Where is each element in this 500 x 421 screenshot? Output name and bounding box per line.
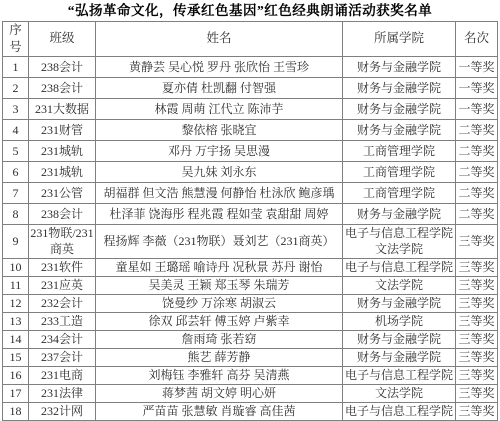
cell-rank: 三等奖 [456,330,498,348]
cell-college: 财务与金融学院 [343,348,456,366]
cell-names: 熊艺 薛芳静 [96,348,343,366]
cell-college: 文法学院 [343,384,456,402]
cell-no: 18 [3,402,29,420]
cell-names: 童星如 王璐瑶 喻诗丹 况秋景 苏丹 谢怡 [96,258,343,276]
table-row: 11231应英吴美灵 王颖 郑玉琴 朱瑞芳文法学院三等奖 [3,276,498,294]
cell-no: 5 [3,140,29,161]
cell-class: 231电商 [29,366,96,384]
cell-names: 黄静芸 吴心悦 罗丹 张欣怡 王雪珍 [96,56,343,77]
cell-college: 工商管理学院 [343,161,456,182]
cell-class: 238会计 [29,203,96,224]
cell-class: 231物联/231 商英 [29,224,96,258]
cell-names: 杜泽菲 饶海彤 程兆霞 程如莹 袁甜甜 周婷 [96,203,343,224]
header-cell-rank: 名次 [456,22,498,57]
cell-rank: 一等奖 [456,56,498,77]
cell-names: 刘梅钰 李雅轩 高芬 吴清燕 [96,366,343,384]
table-row: 18232计网严苗苗 张慧敏 肖璇睿 高佳茜电子与信息工程学院三等奖 [3,402,498,420]
header-row: 序号 班级 姓名 所属学院 名次 [3,22,498,57]
cell-class: 238会计 [29,77,96,98]
cell-rank: 三等奖 [456,312,498,330]
cell-college: 财务与金融学院 [343,56,456,77]
cell-rank: 二等奖 [456,140,498,161]
table-header: 序号 班级 姓名 所属学院 名次 [3,22,498,57]
cell-names: 詹雨琦 张若窈 [96,330,343,348]
cell-names: 林霞 周萌 江代立 陈沛芋 [96,98,343,119]
cell-college: 财务与金融学院 [343,294,456,312]
cell-college: 财务与金融学院 [343,203,456,224]
cell-college: 财务与金融学院 [343,77,456,98]
cell-class: 231城轨 [29,140,96,161]
cell-names: 吴九妹 刘永东 [96,161,343,182]
cell-rank: 三等奖 [456,276,498,294]
cell-rank: 三等奖 [456,294,498,312]
table-row: 12232会计饶曼纱 万涂寒 胡淑云财务与金融学院三等奖 [3,294,498,312]
table-body: 1238会计黄静芸 吴心悦 罗丹 张欣怡 王雪珍财务与金融学院一等奖2238会计… [3,56,498,420]
page-title: “弘扬革命文化，传承红色基因”红色经典朗诵活动获奖名单 [0,0,500,21]
cell-class: 231公管 [29,182,96,203]
header-cell-college: 所属学院 [343,22,456,57]
cell-college: 财务与金融学院 [343,98,456,119]
cell-rank: 三等奖 [456,384,498,402]
cell-class: 231法律 [29,384,96,402]
table-row: 17231法律蒋梦茜 胡文婷 明心妍文法学院三等奖 [3,384,498,402]
cell-rank: 三等奖 [456,224,498,258]
cell-no: 13 [3,312,29,330]
cell-no: 4 [3,119,29,140]
cell-no: 6 [3,161,29,182]
cell-college: 机场学院 [343,312,456,330]
cell-names: 夏亦倩 杜凯翻 付智强 [96,77,343,98]
cell-names: 蒋梦茜 胡文婷 明心妍 [96,384,343,402]
cell-no: 14 [3,330,29,348]
table-row: 7231公管胡福群 但文浩 熊慧漫 何静怡 杜泳欣 鲍彦瑀工商管理学院二等奖 [3,182,498,203]
cell-rank: 三等奖 [456,366,498,384]
cell-names: 吴美灵 王颖 郑玉琴 朱瑞芳 [96,276,343,294]
cell-college: 财务与金融学院 [343,330,456,348]
header-cell-no: 序号 [3,22,29,57]
cell-names: 严苗苗 张慧敏 肖璇睿 高佳茜 [96,402,343,420]
cell-rank: 三等奖 [456,402,498,420]
table-row: 6231城轨吴九妹 刘永东工商管理学院二等奖 [3,161,498,182]
cell-class: 231应英 [29,276,96,294]
cell-college: 工商管理学院 [343,182,456,203]
header-cell-class: 班级 [29,22,96,57]
cell-class: 237会计 [29,348,96,366]
table-row: 2238会计夏亦倩 杜凯翻 付智强财务与金融学院一等奖 [3,77,498,98]
header-cell-names: 姓名 [96,22,343,57]
cell-names: 饶曼纱 万涂寒 胡淑云 [96,294,343,312]
cell-rank: 二等奖 [456,119,498,140]
cell-names: 邓丹 万宇扬 吴思漫 [96,140,343,161]
table-row: 5231城轨邓丹 万宇扬 吴思漫工商管理学院二等奖 [3,140,498,161]
cell-college: 财务与金融学院 [343,119,456,140]
cell-college: 电子与信息工程学院 [343,402,456,420]
cell-rank: 一等奖 [456,98,498,119]
cell-class: 231大数据 [29,98,96,119]
cell-class: 232会计 [29,294,96,312]
cell-class: 232计网 [29,402,96,420]
cell-rank: 二等奖 [456,161,498,182]
table-row: 10231软件童星如 王璐瑶 喻诗丹 况秋景 苏丹 谢怡电子与信息工程学院三等奖 [3,258,498,276]
cell-no: 7 [3,182,29,203]
cell-no: 2 [3,77,29,98]
cell-no: 16 [3,366,29,384]
table-row: 9231物联/231 商英程扬辉 李薇（231物联）聂刘艺（231商英）电子与信… [3,224,498,258]
cell-names: 徐双 邱芸轩 傅玉婷 卢紫幸 [96,312,343,330]
table-row: 3231大数据林霞 周萌 江代立 陈沛芋财务与金融学院一等奖 [3,98,498,119]
cell-class: 234会计 [29,330,96,348]
cell-no: 10 [3,258,29,276]
cell-no: 17 [3,384,29,402]
cell-college: 电子与信息工程学院 文法学院 [343,224,456,258]
cell-names: 胡福群 但文浩 熊慧漫 何静怡 杜泳欣 鲍彦瑀 [96,182,343,203]
cell-rank: 一等奖 [456,77,498,98]
table-row: 13233工造徐双 邱芸轩 傅玉婷 卢紫幸机场学院三等奖 [3,312,498,330]
cell-no: 15 [3,348,29,366]
cell-rank: 三等奖 [456,258,498,276]
table-row: 1238会计黄静芸 吴心悦 罗丹 张欣怡 王雪珍财务与金融学院一等奖 [3,56,498,77]
cell-rank: 三等奖 [456,348,498,366]
cell-college: 工商管理学院 [343,140,456,161]
table-row: 4231财管黎依榕 张晓宜财务与金融学院二等奖 [3,119,498,140]
table-row: 15237会计熊艺 薛芳静财务与金融学院三等奖 [3,348,498,366]
cell-no: 8 [3,203,29,224]
cell-rank: 二等奖 [456,203,498,224]
cell-no: 1 [3,56,29,77]
cell-names: 黎依榕 张晓宜 [96,119,343,140]
cell-class: 231城轨 [29,161,96,182]
cell-class: 231财管 [29,119,96,140]
cell-no: 11 [3,276,29,294]
table-row: 14234会计詹雨琦 张若窈财务与金融学院三等奖 [3,330,498,348]
cell-no: 3 [3,98,29,119]
cell-class: 238会计 [29,56,96,77]
cell-names: 程扬辉 李薇（231物联）聂刘艺（231商英） [96,224,343,258]
cell-class: 231软件 [29,258,96,276]
cell-class: 233工造 [29,312,96,330]
cell-college: 电子与信息工程学院 [343,258,456,276]
cell-rank: 二等奖 [456,182,498,203]
award-list-document: “弘扬革命文化，传承红色基因”红色经典朗诵活动获奖名单 序号 班级 姓名 所属学… [0,0,500,421]
award-table: 序号 班级 姓名 所属学院 名次 1238会计黄静芸 吴心悦 罗丹 张欣怡 王雪… [2,21,498,421]
table-row: 8238会计杜泽菲 饶海彤 程兆霞 程如莹 袁甜甜 周婷财务与金融学院二等奖 [3,203,498,224]
cell-college: 电子与信息工程学院 [343,366,456,384]
table-row: 16231电商刘梅钰 李雅轩 高芬 吴清燕电子与信息工程学院三等奖 [3,366,498,384]
cell-college: 文法学院 [343,276,456,294]
cell-no: 12 [3,294,29,312]
cell-no: 9 [3,224,29,258]
